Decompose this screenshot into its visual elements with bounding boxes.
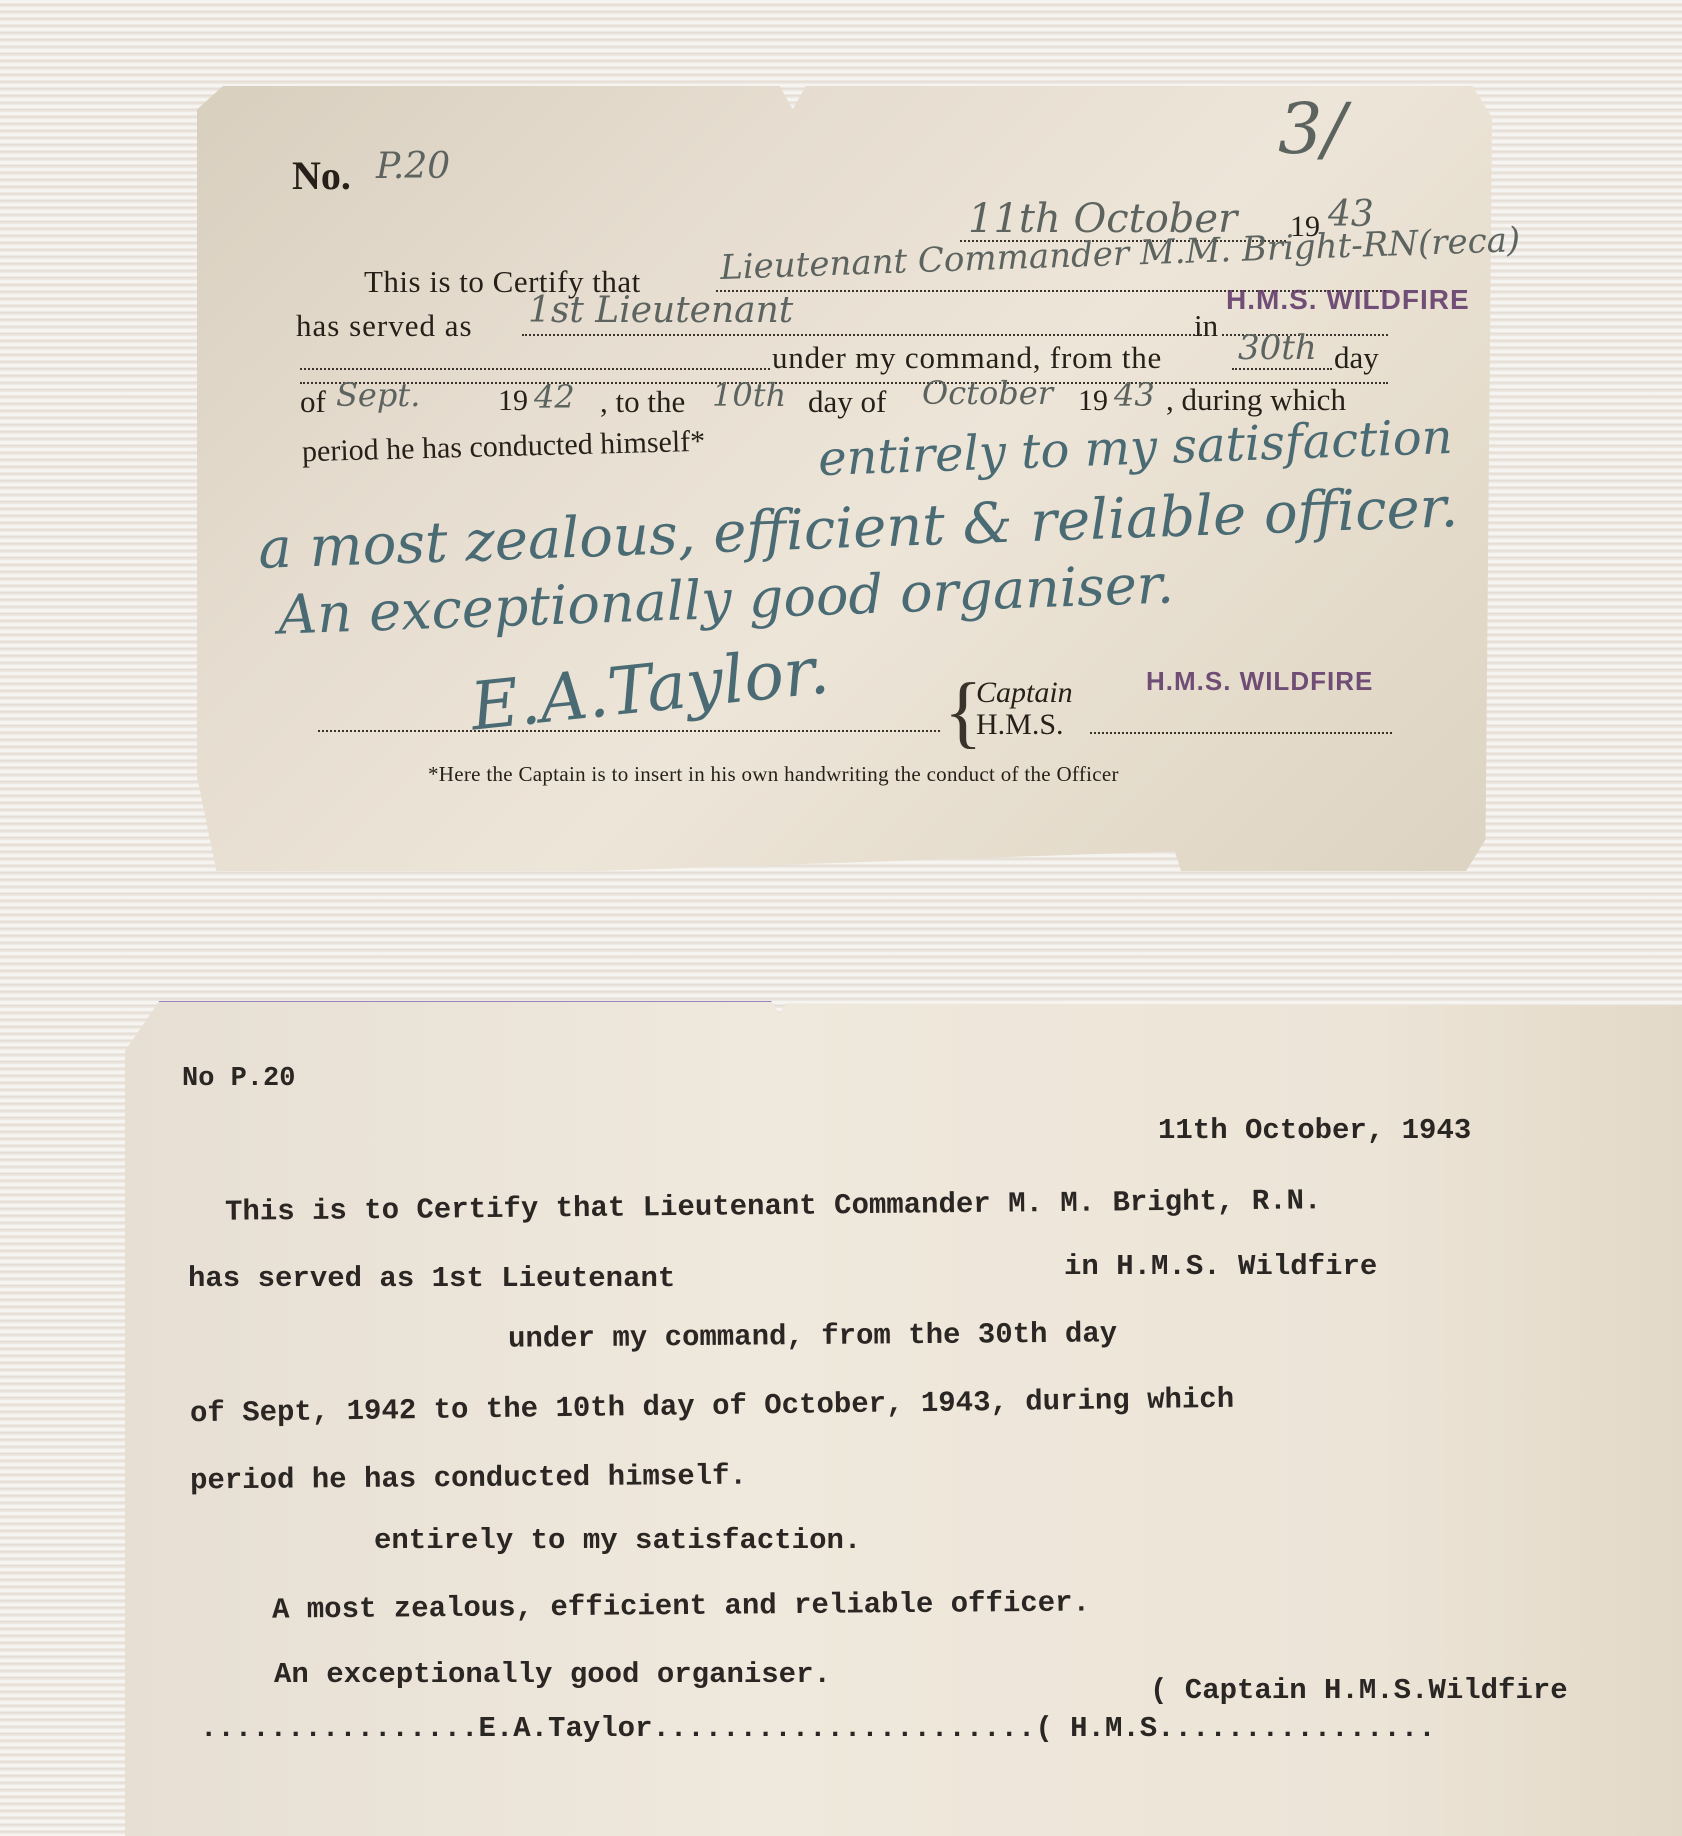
- certificate-number-value: P.20: [376, 146, 450, 187]
- from-month-handwritten: Sept.: [336, 376, 420, 414]
- hms-dotted-line: [1090, 732, 1392, 734]
- captain-label: Captain: [976, 676, 1073, 710]
- certificate-number-label: No.: [292, 152, 351, 199]
- corner-mark: 3/: [1278, 88, 1346, 170]
- from-year-suffix: 42: [534, 378, 575, 416]
- typed-date: 11th October, 1943: [1158, 1114, 1471, 1147]
- blank-dotted-line: [300, 368, 770, 370]
- typed-line-period: period he has conducted himself.: [190, 1460, 747, 1498]
- from-day-handwritten: 30th: [1238, 328, 1317, 368]
- typed-signature-line: ................E.A.Taylor..............…: [200, 1712, 1436, 1745]
- in-label: in: [1194, 308, 1218, 344]
- served-label: has served as: [296, 308, 473, 344]
- day-label: day: [1334, 340, 1379, 376]
- ship-stamp: H.M.S. WILDFIRE: [1226, 284, 1470, 316]
- to-year-prefix: 19: [1078, 384, 1108, 418]
- from-year-prefix: 19: [498, 384, 528, 418]
- from-day-dotted-line: [1232, 368, 1332, 370]
- typed-line-satisfaction: entirely to my satisfaction.: [374, 1524, 861, 1557]
- typed-captain-line: ( Captain H.M.S.Wildfire: [1150, 1674, 1568, 1707]
- to-month-handwritten: October: [922, 374, 1053, 412]
- to-year-suffix: 43: [1114, 376, 1155, 414]
- typed-line-organiser: An exceptionally good organiser.: [274, 1658, 831, 1691]
- day-of-label: day of: [808, 384, 886, 420]
- to-label: , to the: [600, 384, 685, 420]
- rank-dotted-line: [522, 334, 1202, 336]
- command-label: under my command, from the: [772, 340, 1162, 376]
- certificate-footnote: *Here the Captain is to insert in his ow…: [428, 762, 1119, 787]
- typed-line-ship: in H.M.S. Wildfire: [1064, 1250, 1377, 1283]
- typed-number: No P.20: [182, 1064, 295, 1094]
- captain-ship-stamp: H.M.S. WILDFIRE: [1146, 666, 1373, 697]
- typed-line-served: has served as 1st Lieutenant: [188, 1262, 675, 1295]
- of-label: of: [300, 384, 326, 420]
- typed-line-command: under my command, from the 30th day: [508, 1317, 1117, 1355]
- to-day-handwritten: 10th: [712, 376, 786, 414]
- signature-dotted-line: [318, 730, 940, 732]
- rank-handwritten: 1st Lieutenant: [528, 290, 793, 331]
- hms-label: H.M.S.: [976, 708, 1064, 742]
